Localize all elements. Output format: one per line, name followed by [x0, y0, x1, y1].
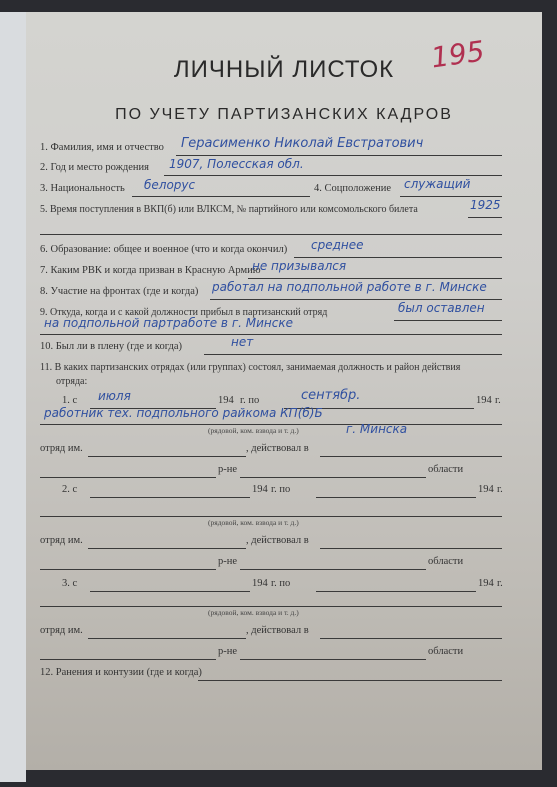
field-8-value: работал на подпольной работе в г. Минске	[212, 280, 487, 294]
unit-3-year-suffix: г.	[497, 578, 503, 589]
field-1-line	[176, 155, 502, 156]
scanner-edge-strip	[0, 12, 26, 782]
field-3-label: 3. Национальность	[40, 183, 125, 194]
unit-2-from-line	[90, 497, 250, 498]
field-9-value-1: был оставлен	[398, 301, 485, 315]
unit-3-to-label: г. по	[271, 578, 290, 589]
unit-3-region-line	[240, 659, 426, 660]
unit-1-position-value: работник тех. подпольного райкома КП(б)Б	[44, 406, 323, 420]
field-2-line	[164, 175, 502, 176]
unit-3-year2: 194	[478, 578, 494, 589]
unit-1-year2: 194	[476, 395, 492, 406]
unit-2-district-line	[40, 569, 216, 570]
field-3-value: белорус	[144, 178, 195, 192]
document-subtitle: ПО УЧЕТУ ПАРТИЗАНСКИХ КАДРОВ	[26, 106, 542, 124]
unit-1-region-label: области	[428, 464, 463, 475]
unit-1-year1: 194	[218, 395, 234, 406]
field-8-label: 8. Участие на фронтах (где и когда)	[40, 286, 198, 297]
unit-2-year1: 194	[252, 484, 268, 495]
unit-3-district-line	[40, 659, 216, 660]
unit-2-detachment-label: отряд им.	[40, 535, 83, 546]
field-5-value: 1925	[470, 198, 501, 212]
unit-3-region-label: области	[428, 646, 463, 657]
field-7-line	[248, 278, 502, 279]
unit-1-to-label: г. по	[240, 395, 259, 406]
unit-3-year1: 194	[252, 578, 268, 589]
unit-1-district-line	[40, 477, 216, 478]
field-3-line	[132, 196, 310, 197]
field-4-value: служащий	[404, 177, 470, 191]
unit-1-region-line	[240, 477, 426, 478]
unit-2-position-hint: (рядовой, ком. взвода и т. д.)	[208, 518, 299, 527]
field-6-line	[294, 257, 502, 258]
field-2-value: 1907, Полесская обл.	[169, 157, 304, 171]
unit-3-position-line	[40, 606, 502, 607]
field-9-value-2: на подпольной партработе в г. Минске	[44, 316, 293, 330]
unit-2-year2: 194	[478, 484, 494, 495]
field-2-label: 2. Год и место рождения	[40, 162, 149, 173]
unit-2-region-label: области	[428, 556, 463, 567]
unit-3-acted-line	[320, 638, 502, 639]
unit-1-acted-line	[320, 456, 502, 457]
unit-1-position-hint: (рядовой, ком. взвода и т. д.)	[208, 426, 299, 435]
unit-1-position-line	[40, 424, 502, 425]
field-4-label: 4. Соцположение	[314, 183, 391, 194]
field-4-line	[400, 196, 502, 197]
unit-2-to-line	[316, 497, 476, 498]
unit-2-region-line	[240, 569, 426, 570]
unit-3-num: 3. с	[62, 578, 77, 589]
unit-3-from-line	[90, 591, 250, 592]
field-1-label: 1. Фамилия, имя и отчество	[40, 142, 164, 153]
unit-1-num: 1. с	[62, 395, 77, 406]
field-9-line	[394, 320, 502, 321]
field-11-label: 11. В каких партизанских отрядах (или гр…	[40, 362, 460, 373]
unit-3-district-label: р-не	[218, 646, 237, 657]
unit-3-acted-label: , действовал в	[246, 625, 309, 636]
unit-1-year-suffix: г.	[495, 395, 501, 406]
unit-3-position-hint: (рядовой, ком. взвода и т. д.)	[208, 608, 299, 617]
field-6-label: 6. Образование: общее и военное (что и к…	[40, 244, 287, 255]
field-11-label-cont: отряда:	[56, 376, 87, 387]
unit-1-acted-label: , действовал в	[246, 443, 309, 454]
unit-1-detachment-label: отряд им.	[40, 443, 83, 454]
field-1-value: Герасименко Николай Евстратович	[181, 136, 423, 151]
field-7-value: не призывался	[252, 259, 346, 273]
field-7-label: 7. Каким РВК и когда призван в Красную А…	[40, 265, 261, 276]
unit-1-from-value: июля	[98, 389, 131, 403]
unit-1-position-value-2: г. Минска	[346, 422, 407, 436]
unit-2-district-label: р-не	[218, 556, 237, 567]
document-page: ЛИЧНЫЙ ЛИСТОК 195 ПО УЧЕТУ ПАРТИЗАНСКИХ …	[26, 12, 542, 770]
unit-2-position-line	[40, 516, 502, 517]
field-8-line	[210, 299, 502, 300]
unit-2-num: 2. с	[62, 484, 77, 495]
unit-3-detachment-label: отряд им.	[40, 625, 83, 636]
unit-2-acted-line	[320, 548, 502, 549]
field-5-label: 5. Время поступления в ВКП(б) или ВЛКСМ,…	[40, 204, 418, 215]
unit-2-to-label: г. по	[271, 484, 290, 495]
field-5-line	[468, 217, 502, 218]
unit-2-acted-label: , действовал в	[246, 535, 309, 546]
unit-3-detachment-line	[88, 638, 246, 639]
field-12-label: 12. Ранения и контузии (где и когда)	[40, 667, 202, 678]
field-9-line-2	[40, 334, 502, 335]
field-6-value: среднее	[311, 238, 364, 252]
field-12-line	[198, 680, 502, 681]
field-5-line-2	[40, 234, 502, 235]
unit-2-year-suffix: г.	[497, 484, 503, 495]
unit-1-district-label: р-не	[218, 464, 237, 475]
unit-1-to-value: сентябр.	[301, 388, 360, 403]
unit-3-to-line	[316, 591, 476, 592]
field-10-line	[204, 354, 502, 355]
unit-1-detachment-line	[88, 456, 246, 457]
unit-2-detachment-line	[88, 548, 246, 549]
field-10-value: нет	[231, 335, 253, 349]
field-10-label: 10. Был ли в плену (где и когда)	[40, 341, 182, 352]
